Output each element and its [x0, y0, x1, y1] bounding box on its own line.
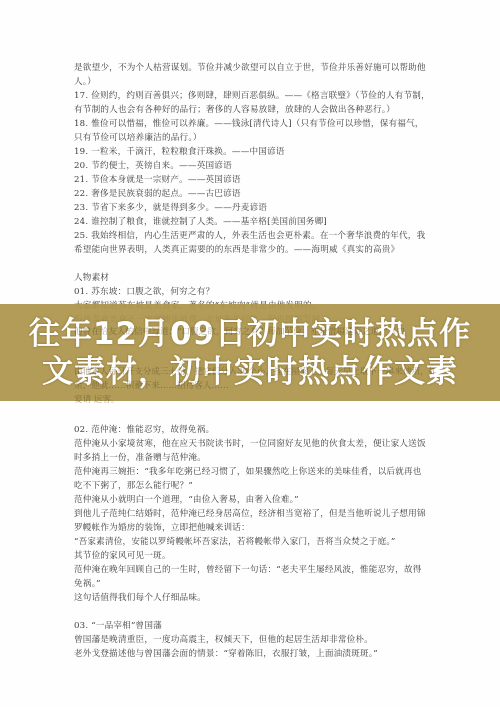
document-text-line: 有节制的人也会有各种好的品行；奢侈的人容易放肆，放肆的人会做出各种恶行。） — [74, 104, 434, 116]
document-text-line: 人物素材 — [74, 272, 434, 284]
obscured-text-line: 他曾在给友人的信中写道：“口腹之欲，何穷之有？每加节俭，亦是惜福延寿之道。”（口 — [74, 326, 434, 338]
document-text-line: 范仲淹从小就明白一个道理，“由俭入奢易，由奢入俭难。” — [74, 494, 434, 506]
document-text-line: 范仲淹再三婉拒：“我多年吃粥已经习惯了，如果骤然吃上你送来的美味佳肴，以后就再也 — [74, 466, 434, 478]
document-text-line: 是欲望少，不为个人枯营谋划。节俭并减少欲望可以自立于世，节俭并乐善好施可以帮助他 — [74, 62, 434, 74]
document-text-line: 范仲淹从小家境贫寒，他在应天书院读书时，一位同窗好友见他的伙食太差，便让家人送饭 — [74, 438, 434, 450]
document-text-line: 老外戈登描述他与曾国藩会面的情景：“穿着陈旧，衣服打皱，上面油渍斑斑。” — [74, 648, 434, 660]
document-text-line: 01. 苏东坡：口腹之欲，何穷之有？ — [74, 286, 434, 298]
document-text-line: 17. 俭则约，约则百善俱兴；侈则肆，肆则百恶俱纵。——《格言联璧》（节俭的人有… — [74, 90, 434, 102]
document-text-line: 22. 奢侈是民族衰弱的起点。——古巴谚语 — [74, 188, 434, 200]
document-text-line: 20. 节约便士，英镑自来。——英国谚语 — [74, 160, 434, 172]
document-text-line: “吾家素清俭，安能以罗绮幔帐坏吾家法，若将幔帐带入家门，吾将当众焚之于庭。” — [74, 536, 434, 548]
document-text-line: 人。） — [74, 76, 434, 88]
document-text-line: 这句话值得我们每个人仔细品味。 — [74, 592, 434, 604]
document-text-line: 24. 谁控制了粮食，谁就控制了人类。——基辛格[美国前国务卿] — [74, 216, 434, 228]
document-text-line: 只有节俭可以培养廉洁的品行。） — [74, 132, 434, 144]
obscured-text-line: 由他本人每日开支分成三十份，把它们分入30个小，挂在屋梁上，每天早上取下一串来使… — [74, 366, 434, 378]
obscured-text-line: 余，他就……积蓄下来……招待客人…… — [74, 380, 434, 392]
document-text-line: 03. “一品宰相”曾国藩 — [74, 620, 434, 632]
document-text-line: 希望能向世界表明，人类真正需要的的东西是非常少的。——海明威《真实的高贵》 — [74, 244, 434, 256]
document-text-line: 23. 节省下来多少，就是得到多少。——丹麦谚语 — [74, 202, 434, 214]
title-banner: 宴请 远客。余，他就……积蓄下来……招待客人……由他本人每日开支分成三十份，把它… — [0, 304, 500, 401]
document-text-line: 21. 节俭本身就是一宗财产。——英国谚语 — [74, 174, 434, 186]
document-text-line: 02. 范仲淹：惟能忍穷，故得免祸。 — [74, 424, 434, 436]
document-text-line: 时多捎上一份，准备赠与范仲淹。 — [74, 452, 434, 464]
obscured-text-line: 宴请 远客。 — [74, 394, 434, 406]
document-text-line: 到他儿子范纯仁结婚时，范仲淹已经身居高位，经济相当宽裕了，但是当他听说儿子想用锦 — [74, 508, 434, 520]
document-text-line: 罗幔帐作为婚房的装饰，立即把他喊来训话： — [74, 522, 434, 534]
document-text-line: 25. 我始终相信，内心生活更严肃的人，外表生活也会更朴素。在一个奢华浪费的年代… — [74, 230, 434, 242]
document-text-line: 吃不下粥了，那怎么能行呢？” — [74, 480, 434, 492]
document-text-line: 19. 一粒米，千滴汗，粒粒粮食汗珠换。——中国谚语 — [74, 146, 434, 158]
document-text-line: 18. 惟俭可以惜福，惟俭可以养廉。——钱泳[清代诗人]（只有节俭可以珍惜，保有… — [74, 118, 434, 130]
document-text-line: 曾国藩是晚清重臣，一度功高震主，权倾天下，但他的起居生活却非常俭朴。 — [74, 634, 434, 646]
document-text-line: 免祸。” — [74, 578, 434, 590]
document-text-line: 范仲淹在晚年回顾自己的一生时，曾经留下一句话：“老夫平生屡经风波，惟能忍穷，故得 — [74, 564, 434, 576]
document-text-line: 其节俭的家风可见一斑。 — [74, 550, 434, 562]
